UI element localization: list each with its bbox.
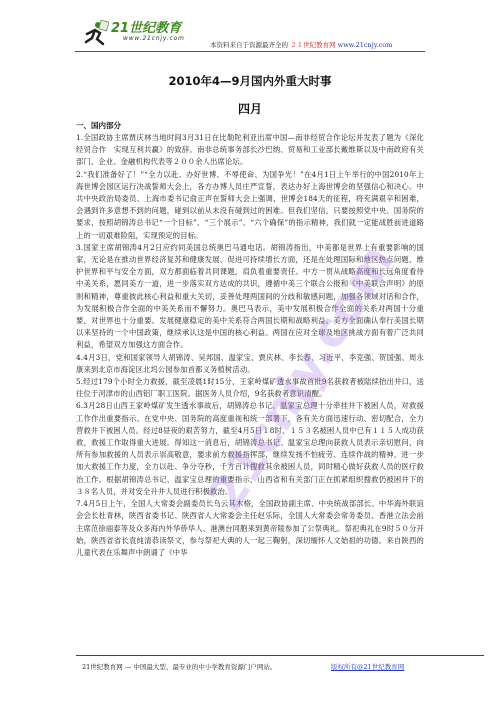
footer-text: 21世纪教育网 — 中国最大型、最专业的中小学教育资源门户网站。: [82, 662, 276, 671]
header-site-name: ２１世纪教育网: [290, 41, 336, 49]
month-heading: 四月: [0, 100, 500, 117]
copyright-link[interactable]: 版权所有@21世纪教育网: [331, 662, 404, 671]
paragraph-2: 2.“我们准备好了！”“全力以赴、办好世博、不辱使命、为国争光！”在4月1日上午…: [76, 169, 424, 242]
runner-icon: [83, 20, 109, 46]
footer-divider: [76, 655, 484, 656]
document-body: 1.全国政协主席贾庆林当地时间3月31日在比勒陀利亚出席中国—南非经贸合作论坛并…: [76, 132, 424, 559]
section-heading: 一、国内部分: [76, 120, 121, 131]
logo-text: 21世纪教育: [111, 17, 181, 36]
paragraph-6: 6.3月28日山西王家岭煤矿发生透水事故后，胡锦涛总书记、温家宝总理十分牵挂井下…: [76, 400, 424, 498]
header-note-prefix: 本资料来自于资源最齐全的: [210, 41, 288, 49]
header-source-note: 本资料来自于资源最齐全的 ２１世纪教育网 www.21cnjy.com: [210, 40, 392, 49]
paragraph-1: 1.全国政协主席贾庆林当地时间3月31日在比勒陀利亚出席中国—南非经贸合作论坛并…: [76, 132, 424, 169]
header-site-url[interactable]: www.21cnjy.com: [338, 41, 393, 49]
paragraph-4: 4.4月3日，党和国家领导人胡锦涛、吴邦国、温家宝、贾庆林、李长春、习近平、李克…: [76, 352, 424, 376]
logo-url: www.21cnjy.com: [123, 35, 185, 42]
page-header: 21世纪教育 www.21cnjy.com 本资料来自于资源最齐全的 ２１世纪教…: [75, 14, 425, 52]
document-title: 2010年4—9月国内外重大时事: [0, 73, 500, 89]
paragraph-7: 7.4月5日上午，全国人大常委会副委员长乌云其木格，全国政协副主席、中央统战部部…: [76, 498, 424, 559]
header-divider: [75, 51, 425, 52]
paragraph-3: 3.国家主席胡锦涛4月2日应约同美国总统奥巴马通电话。胡锦涛指出，中美都是世界上…: [76, 242, 424, 352]
site-logo: 21世纪教育 www.21cnjy.com: [83, 14, 203, 46]
paragraph-5: 5.经过179个小时全力救援，截至凌晨1时15分，王家岭煤矿透水事故首批9名获救…: [76, 376, 424, 400]
